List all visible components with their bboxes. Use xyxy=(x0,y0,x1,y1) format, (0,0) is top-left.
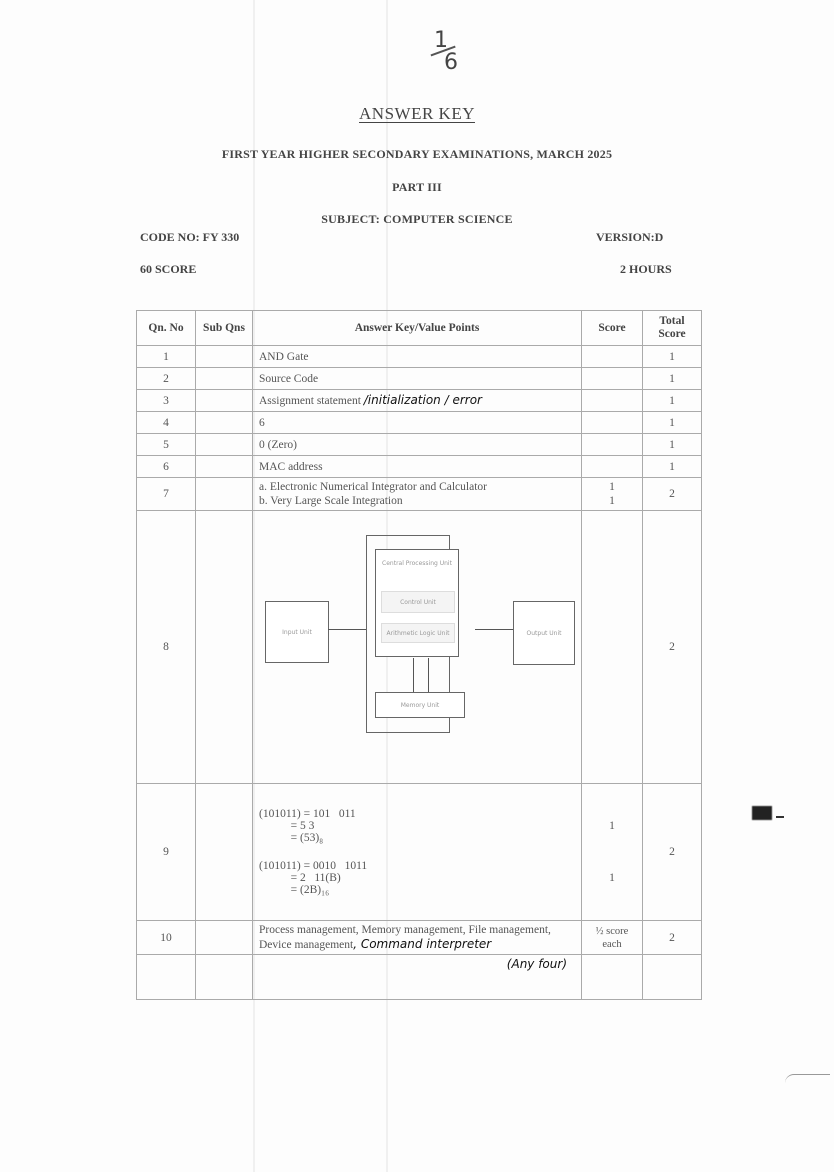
table-row: 1 AND Gate 1 xyxy=(137,346,702,368)
table-row: 4 6 1 xyxy=(137,412,702,434)
scan-mark xyxy=(785,1074,830,1083)
table-row: 9 (101011) = 101 011 = 5 3 = (53)₈ (1010… xyxy=(137,784,702,921)
col-answer: Answer Key/Value Points xyxy=(253,311,582,346)
part-label: PART III xyxy=(0,180,834,195)
page-title: ANSWER KEY xyxy=(0,104,834,124)
computer-block-diagram: Input Unit Central Processing Unit Contr… xyxy=(253,511,581,783)
handwritten-note: (Any four) xyxy=(507,957,567,971)
col-total: Total Score xyxy=(643,311,702,346)
answer-key-table: Qn. No Sub Qns Answer Key/Value Points S… xyxy=(136,310,702,1000)
table-row: 7 a. Electronic Numerical Integrator and… xyxy=(137,478,702,511)
handwritten-note: , Command interpreter xyxy=(353,937,491,951)
total-score: 60 SCORE xyxy=(140,262,196,277)
memory-unit-box: Memory Unit xyxy=(375,692,465,718)
scan-mark xyxy=(776,816,784,818)
table-row: 2 Source Code 1 xyxy=(137,368,702,390)
handwritten-note: /initialization / error xyxy=(364,393,482,407)
alu-box: Arithmetic Logic Unit xyxy=(381,623,455,643)
table-row: 10 Process management, Memory management… xyxy=(137,921,702,955)
col-sub: Sub Qns xyxy=(196,311,253,346)
exam-name: FIRST YEAR HIGHER SECONDARY EXAMINATIONS… xyxy=(0,147,834,162)
table-row: 5 0 (Zero) 1 xyxy=(137,434,702,456)
octal-conversion: (101011) = 101 011 = 5 3 = (53)₈ xyxy=(259,808,575,844)
input-unit-box: Input Unit xyxy=(265,601,329,663)
subject-label: SUBJECT: COMPUTER SCIENCE xyxy=(0,212,834,227)
table-header: Qn. No Sub Qns Answer Key/Value Points S… xyxy=(137,311,702,346)
scan-mark xyxy=(752,806,772,820)
col-qn: Qn. No xyxy=(137,311,196,346)
duration: 2 HOURS xyxy=(620,262,672,277)
version: VERSION:D xyxy=(596,230,663,245)
table-row-empty: (Any four) xyxy=(137,955,702,1000)
col-score: Score xyxy=(582,311,643,346)
code-number: CODE NO: FY 330 xyxy=(140,230,239,245)
table-row: 3 Assignment statement /initialization /… xyxy=(137,390,702,412)
table-row: 8 Input Unit Central Processing Unit Con… xyxy=(137,511,702,784)
page-number-handwritten: 1 6 xyxy=(428,28,468,80)
output-unit-box: Output Unit xyxy=(513,601,575,665)
table-row: 6 MAC address 1 xyxy=(137,456,702,478)
control-unit-box: Control Unit xyxy=(381,591,455,613)
hex-conversion: (101011) = 0010 1011 = 2 11(B) = (2B)₁₆ xyxy=(259,860,575,896)
